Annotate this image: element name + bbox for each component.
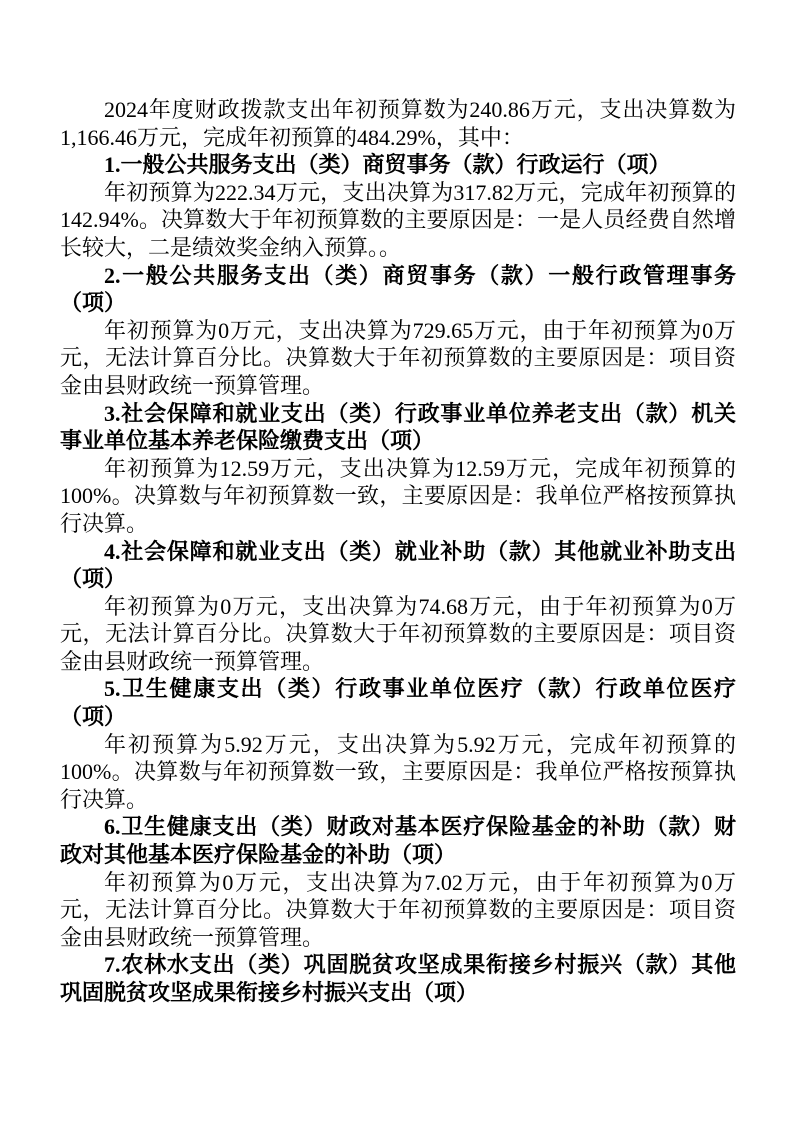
section-3-heading: 3.社会保障和就业支出（类）行政事业单位养老支出（款）机关事业单位基本养老保险缴…: [60, 400, 736, 455]
document-content: 2024年度财政拨款支出年初预算数为240.86万元，支出决算数为1,166.4…: [60, 96, 736, 1007]
section-1-body: 年初预算为222.34万元，支出决算为317.82万元，完成年初预算的142.9…: [60, 179, 736, 262]
section-5-body: 年初预算为5.92万元，支出决算为5.92万元，完成年初预算的100%。决算数与…: [60, 731, 736, 814]
section-2-heading: 2.一般公共服务支出（类）商贸事务（款）一般行政管理事务（项）: [60, 262, 736, 317]
section-4-heading: 4.社会保障和就业支出（类）就业补助（款）其他就业补助支出（项）: [60, 538, 736, 593]
section-6-body: 年初预算为0万元，支出决算为7.02万元，由于年初预算为0万元，无法计算百分比。…: [60, 869, 736, 952]
section-5-heading: 5.卫生健康支出（类）行政事业单位医疗（款）行政单位医疗（项）: [60, 675, 736, 730]
section-1-heading: 1.一般公共服务支出（类）商贸事务（款）行政运行（项）: [60, 151, 736, 179]
section-2-body: 年初预算为0万元，支出决算为729.65万元，由于年初预算为0万元，无法计算百分…: [60, 317, 736, 400]
section-3-body: 年初预算为12.59万元，支出决算为12.59万元，完成年初预算的100%。决算…: [60, 455, 736, 538]
section-6-heading: 6.卫生健康支出（类）财政对基本医疗保险基金的补助（款）财政对其他基本医疗保险基…: [60, 813, 736, 868]
section-7-heading: 7.农林水支出（类）巩固脱贫攻坚成果衔接乡村振兴（款）其他巩固脱贫攻坚成果衔接乡…: [60, 951, 736, 1006]
intro-paragraph: 2024年度财政拨款支出年初预算数为240.86万元，支出决算数为1,166.4…: [60, 96, 736, 151]
document-page: 2024年度财政拨款支出年初预算数为240.86万元，支出决算数为1,166.4…: [0, 0, 793, 1122]
section-4-body: 年初预算为0万元，支出决算为74.68万元，由于年初预算为0万元，无法计算百分比…: [60, 593, 736, 676]
